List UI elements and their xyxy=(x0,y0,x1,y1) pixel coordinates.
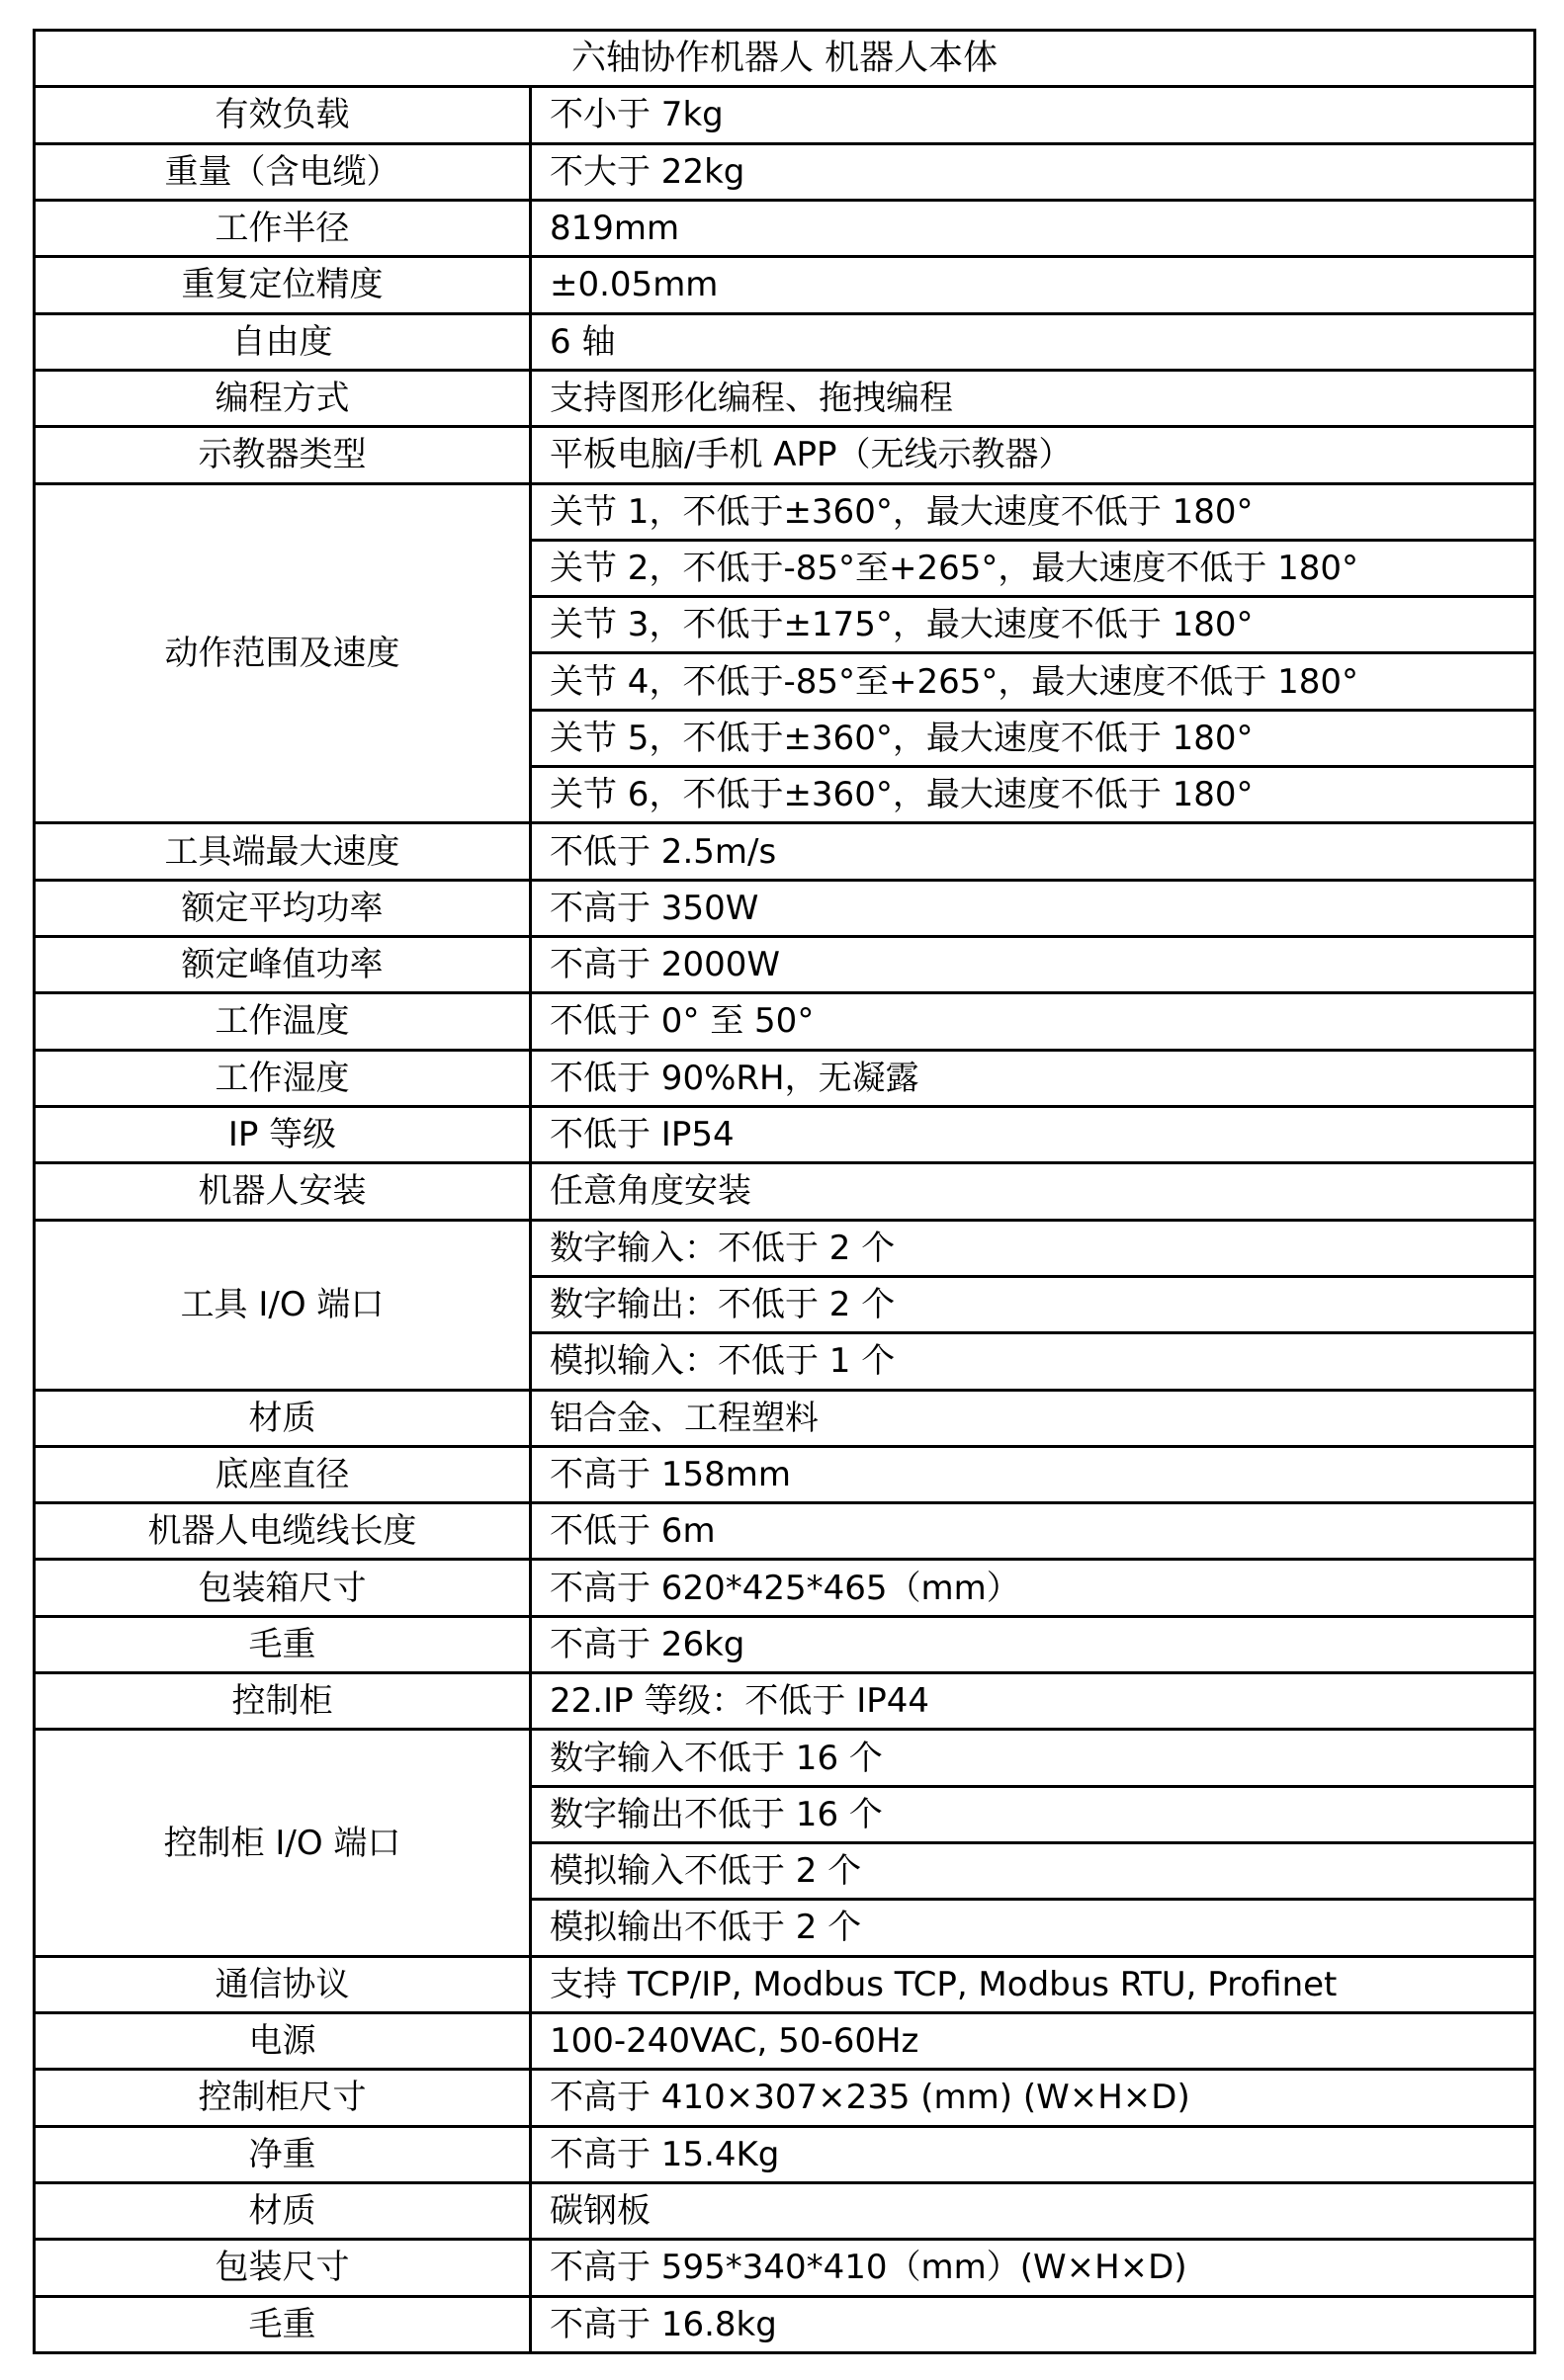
table-row: 工作半径819mm xyxy=(35,200,1535,256)
spec-label: 重量（含电缆） xyxy=(35,143,531,200)
spec-label: 工作温度 xyxy=(35,993,531,1050)
table-row: 材质铝合金、工程塑料 xyxy=(35,1390,1535,1446)
spec-label: 动作范围及速度 xyxy=(35,483,531,823)
spec-value: 不高于 620*425*465（mm） xyxy=(531,1560,1535,1616)
table-row: 工具 I/O 端口数字输入：不低于 2 个 xyxy=(35,1220,1535,1276)
table-row: 毛重不高于 26kg xyxy=(35,1616,1535,1672)
spec-table: 六轴协作机器人 机器人本体 有效负载不小于 7kg重量（含电缆）不大于 22kg… xyxy=(33,29,1536,2354)
table-row: 工作湿度不低于 90%RH，无凝露 xyxy=(35,1050,1535,1106)
spec-value: 数字输入不低于 16 个 xyxy=(531,1730,1535,1786)
spec-label: 编程方式 xyxy=(35,370,531,426)
spec-label: 控制柜 xyxy=(35,1673,531,1730)
spec-value: 模拟输入不低于 2 个 xyxy=(531,1843,1535,1900)
table-title-row: 六轴协作机器人 机器人本体 xyxy=(35,31,1535,87)
spec-value: 关节 4，不低于-85°至+265°，最大速度不低于 180° xyxy=(531,653,1535,710)
table-row: 净重不高于 15.4Kg xyxy=(35,2126,1535,2182)
table-row: 底座直径不高于 158mm xyxy=(35,1446,1535,1502)
table-row: 包装箱尺寸不高于 620*425*465（mm） xyxy=(35,1560,1535,1616)
spec-label: 控制柜 I/O 端口 xyxy=(35,1730,531,1956)
spec-value: ±0.05mm xyxy=(531,257,1535,313)
spec-label: 净重 xyxy=(35,2126,531,2182)
table-row: 有效负载不小于 7kg xyxy=(35,87,1535,143)
table-row: 额定峰值功率不高于 2000W xyxy=(35,937,1535,993)
spec-label: 包装尺寸 xyxy=(35,2240,531,2296)
spec-value: 数字输出：不低于 2 个 xyxy=(531,1276,1535,1332)
spec-label: 电源 xyxy=(35,2012,531,2069)
table-row: 控制柜尺寸不高于 410×307×235 (mm) (W×H×D) xyxy=(35,2070,1535,2126)
spec-label: 材质 xyxy=(35,2182,531,2239)
spec-label: 额定峰值功率 xyxy=(35,937,531,993)
spec-label: 通信协议 xyxy=(35,1956,531,2012)
spec-value: 100-240VAC, 50-60Hz xyxy=(531,2012,1535,2069)
spec-value: 关节 2，不低于-85°至+265°，最大速度不低于 180° xyxy=(531,540,1535,596)
spec-label: 材质 xyxy=(35,1390,531,1446)
spec-value: 模拟输出不低于 2 个 xyxy=(531,1900,1535,1956)
spec-value: 平板电脑/手机 APP（无线示教器） xyxy=(531,427,1535,483)
table-row: 包装尺寸不高于 595*340*410（mm）(W×H×D) xyxy=(35,2240,1535,2296)
table-row: 动作范围及速度关节 1，不低于±360°，最大速度不低于 180° xyxy=(35,483,1535,540)
spec-value: 关节 1，不低于±360°，最大速度不低于 180° xyxy=(531,483,1535,540)
spec-label: 工作半径 xyxy=(35,200,531,256)
spec-label: IP 等级 xyxy=(35,1106,531,1162)
spec-value: 不高于 595*340*410（mm）(W×H×D) xyxy=(531,2240,1535,2296)
spec-value: 模拟输入：不低于 1 个 xyxy=(531,1333,1535,1390)
spec-value: 不大于 22kg xyxy=(531,143,1535,200)
table-row: 示教器类型平板电脑/手机 APP（无线示教器） xyxy=(35,427,1535,483)
spec-value: 22.IP 等级：不低于 IP44 xyxy=(531,1673,1535,1730)
spec-value: 不高于 158mm xyxy=(531,1446,1535,1502)
table-row: 工具端最大速度不低于 2.5m/s xyxy=(35,823,1535,880)
spec-value: 不低于 IP54 xyxy=(531,1106,1535,1162)
spec-label: 自由度 xyxy=(35,313,531,370)
table-row: 编程方式支持图形化编程、拖拽编程 xyxy=(35,370,1535,426)
spec-label: 示教器类型 xyxy=(35,427,531,483)
spec-value: 不小于 7kg xyxy=(531,87,1535,143)
spec-label: 机器人安装 xyxy=(35,1163,531,1220)
table-row: 控制柜22.IP 等级：不低于 IP44 xyxy=(35,1673,1535,1730)
table-row: 机器人安装任意角度安装 xyxy=(35,1163,1535,1220)
spec-value: 数字输入：不低于 2 个 xyxy=(531,1220,1535,1276)
spec-label: 重复定位精度 xyxy=(35,257,531,313)
spec-value: 不高于 16.8kg xyxy=(531,2296,1535,2353)
spec-value: 6 轴 xyxy=(531,313,1535,370)
spec-value: 不低于 2.5m/s xyxy=(531,823,1535,880)
table-row: 电源100-240VAC, 50-60Hz xyxy=(35,2012,1535,2069)
spec-table-body: 六轴协作机器人 机器人本体 有效负载不小于 7kg重量（含电缆）不大于 22kg… xyxy=(35,31,1535,2353)
spec-label: 机器人电缆线长度 xyxy=(35,1503,531,1560)
spec-label: 包装箱尺寸 xyxy=(35,1560,531,1616)
spec-label: 额定平均功率 xyxy=(35,880,531,936)
spec-value: 不高于 350W xyxy=(531,880,1535,936)
spec-label: 有效负载 xyxy=(35,87,531,143)
spec-label: 工具端最大速度 xyxy=(35,823,531,880)
spec-value: 关节 6，不低于±360°，最大速度不低于 180° xyxy=(531,767,1535,823)
spec-value: 不高于 410×307×235 (mm) (W×H×D) xyxy=(531,2070,1535,2126)
spec-value: 不高于 15.4Kg xyxy=(531,2126,1535,2182)
table-row: 通信协议支持 TCP/IP, Modbus TCP, Modbus RTU, P… xyxy=(35,1956,1535,2012)
spec-value: 不高于 26kg xyxy=(531,1616,1535,1672)
spec-value: 支持图形化编程、拖拽编程 xyxy=(531,370,1535,426)
spec-label: 工作湿度 xyxy=(35,1050,531,1106)
table-row: 机器人电缆线长度不低于 6m xyxy=(35,1503,1535,1560)
table-row: 重复定位精度±0.05mm xyxy=(35,257,1535,313)
table-row: 控制柜 I/O 端口数字输入不低于 16 个 xyxy=(35,1730,1535,1786)
spec-value: 碳钢板 xyxy=(531,2182,1535,2239)
spec-value: 支持 TCP/IP, Modbus TCP, Modbus RTU, Profi… xyxy=(531,1956,1535,2012)
spec-label: 毛重 xyxy=(35,1616,531,1672)
spec-value: 关节 5，不低于±360°，最大速度不低于 180° xyxy=(531,710,1535,766)
table-row: 毛重不高于 16.8kg xyxy=(35,2296,1535,2353)
table-row: IP 等级不低于 IP54 xyxy=(35,1106,1535,1162)
spec-value: 不低于 0° 至 50° xyxy=(531,993,1535,1050)
spec-value: 不低于 90%RH，无凝露 xyxy=(531,1050,1535,1106)
spec-value: 819mm xyxy=(531,200,1535,256)
table-row: 重量（含电缆）不大于 22kg xyxy=(35,143,1535,200)
table-row: 工作温度不低于 0° 至 50° xyxy=(35,993,1535,1050)
table-title: 六轴协作机器人 机器人本体 xyxy=(35,31,1535,87)
table-row: 自由度6 轴 xyxy=(35,313,1535,370)
spec-value: 不低于 6m xyxy=(531,1503,1535,1560)
table-row: 额定平均功率不高于 350W xyxy=(35,880,1535,936)
spec-label: 控制柜尺寸 xyxy=(35,2070,531,2126)
spec-value: 不高于 2000W xyxy=(531,937,1535,993)
spec-label: 底座直径 xyxy=(35,1446,531,1502)
spec-label: 工具 I/O 端口 xyxy=(35,1220,531,1390)
spec-label: 毛重 xyxy=(35,2296,531,2353)
spec-value: 数字输出不低于 16 个 xyxy=(531,1786,1535,1842)
table-row: 材质碳钢板 xyxy=(35,2182,1535,2239)
spec-value: 铝合金、工程塑料 xyxy=(531,1390,1535,1446)
spec-value: 任意角度安装 xyxy=(531,1163,1535,1220)
spec-value: 关节 3，不低于±175°，最大速度不低于 180° xyxy=(531,597,1535,653)
